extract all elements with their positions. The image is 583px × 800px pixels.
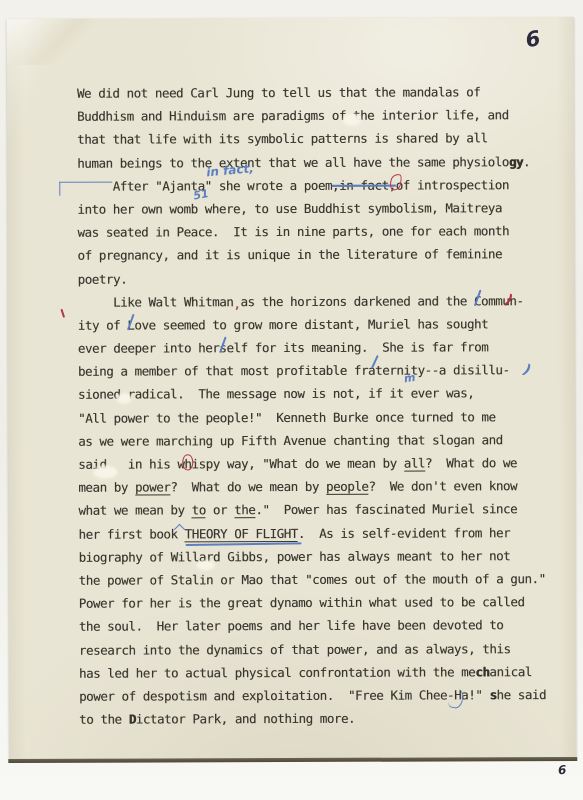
typed-segment: ity of [78,317,128,332]
typed-line: human beings to the extent that we all h… [77,150,569,175]
typed-line: being a member of that most profitable f… [78,358,570,383]
typed-segment: ? We don't even know [368,478,517,494]
typed-segment: as we were marching up Fifth Avenue chan… [78,432,503,448]
red-tick-margin [60,309,65,318]
typed-segment: human beings to the extent that we all h… [77,154,509,171]
hw-mark-51: 51 [192,188,209,202]
typed-segment: into her own womb where, to use Buddhist… [77,200,502,216]
typed-segment: the power of Stalin or Mao that "comes o… [79,571,546,588]
typed-line: Buddhism and Hinduism are paradigms of t… [77,103,569,128]
typed-segment: research into the dynamics of that power… [79,641,511,658]
typed-segment: people [326,479,369,495]
typed-segment: to the [79,712,129,727]
typed-line: "All power to the people!" Kenneth Burke… [78,405,570,430]
typed-segment: ? What do we mean by [170,479,326,495]
photo-canvas: We did not need Carl Jung to tell us tha… [0,0,583,800]
typed-segment: biography of Willard Gibbs, power has al… [79,548,511,565]
typed-segment: power [135,480,170,496]
typed-segment: Like Walt Whitman [78,294,234,310]
typed-segment: was seated in Peace. It is in nine parts… [77,223,509,240]
typed-segment: ove seemed to grow more distant, Muriel … [134,316,488,332]
typed-text: We did not need Carl Jung to tell us tha… [77,80,571,731]
typed-segment: of pregnancy, and it is unique in the li… [78,247,503,263]
typed-line: the power of Stalin or Mao that "comes o… [79,567,571,592]
typed-line: into her own womb where, to use Buddhist… [77,196,569,221]
whiteout-patch [197,560,215,570]
typed-segment: that that life with its symbolic pattern… [77,131,487,147]
typed-line: of pregnancy, and it is unique in the li… [77,242,569,267]
typed-line: After "Ajanta" she wrote a poem,in fact,… [77,173,569,198]
typed-segment: ." Power has fascinated Muriel since [255,502,517,518]
typed-segment: of introspection [396,177,509,192]
typed-line: was seated in Peace. It is in nine parts… [77,219,569,244]
typed-segment: We did not need Carl Jung to tell us tha… [77,84,480,100]
typed-segment: to [192,503,206,519]
typed-segment: D [129,712,136,727]
typed-line: what we mean by to or the." Power has fa… [78,497,570,522]
hw-mark-m: m [403,372,416,385]
typed-segment: ,in fact, [332,177,396,192]
typed-segment: ictator Park, and nothing more. [136,711,355,727]
typed-line: said in his whispy way, "What do we mean… [78,451,570,476]
typed-line: that that life with its symbolic pattern… [77,126,569,151]
typed-segment: what we mean by [78,503,191,518]
typed-segment: , [233,296,240,311]
typed-segment: her first book [78,526,177,541]
typed-segment: C [474,293,481,308]
typed-segment: the [234,503,255,519]
typed-line: sioned radical. The message now is not, … [78,381,570,406]
typed-segment: ispy way, "What do we mean by [191,456,403,472]
typed-line: Power for her is the great dynamo within… [79,590,571,615]
typed-segment: L [127,317,134,332]
typed-segment: sioned radical. The message now is not, … [78,386,474,402]
typed-segment: Buddhism and Hinduism are paradigms of t… [77,107,509,124]
typed-segment: all [404,456,425,472]
typed-segment: gy [509,154,523,169]
typed-line: poetry. [78,266,570,291]
page-number-bottom: 6 [557,764,566,777]
typed-segment: s [219,340,226,355]
typed-line: the soul. Her later poems and her life h… [79,613,571,638]
typed-segment: ch [475,664,489,679]
typed-segment: ever deeper into her [78,340,220,355]
typed-line: We did not need Carl Jung to tell us tha… [77,80,569,105]
typed-segment: the soul. Her later poems and her life h… [79,618,504,634]
typed-segment: or [206,503,234,518]
typed-segment: ? What do we [425,455,517,470]
typed-segment: has led her to actual physical confronta… [79,664,475,680]
typed-segment: poetry. [78,271,128,286]
typed-line: to the Dictator Park, and nothing more. [79,706,571,731]
indent-bracket-mark [59,182,112,196]
typed-line: mean by power? What do we mean by people… [78,474,570,499]
whiteout-patch [343,114,361,126]
typed-line: power of despotism and exploitation. "Fr… [79,683,571,708]
typed-line: her first book THEORY OF FLIGHT. As is s… [78,521,570,546]
typed-segment: power of despotism and exploitation. "Fr… [79,687,489,703]
typed-segment: "All power to the people!" Kenneth Burke… [78,409,496,425]
typed-segment: Power for her is the great dynamo within… [79,594,525,611]
typed-segment: mean by [78,480,135,495]
typed-line: ever deeper into herself for its meaning… [78,335,570,360]
page-number-top: 6 [524,28,542,51]
whiteout-patch [93,466,117,479]
typed-segment: anical [489,664,532,679]
typed-segment: . [523,154,530,169]
typed-line: ity of Love seemed to grow more distant,… [78,312,570,337]
whiteout-patch [116,394,132,404]
typed-segment: being a member of that most profitable f… [78,362,510,379]
typed-line: Like Walt Whitman,as the horizons darken… [78,289,570,314]
typed-segment: elf for its meaning. She is far from [226,339,488,355]
typed-line: research into the dynamics of that power… [79,637,571,662]
typed-line: biography of Willard Gibbs, power has al… [79,544,571,569]
typed-line: as we were marching up Fifth Avenue chan… [78,428,570,453]
typed-segment: as the horizons darkened and the [240,293,474,309]
typed-segment: . As is self-evident from her [298,525,510,541]
typed-segment: he said [497,687,547,702]
typed-segment: h [184,456,191,471]
paper: We did not need Carl Jung to tell us tha… [7,17,577,759]
typed-line: has led her to actual physical confronta… [79,660,571,685]
typed-segment: THEORY OF FLIGHT [185,526,298,542]
